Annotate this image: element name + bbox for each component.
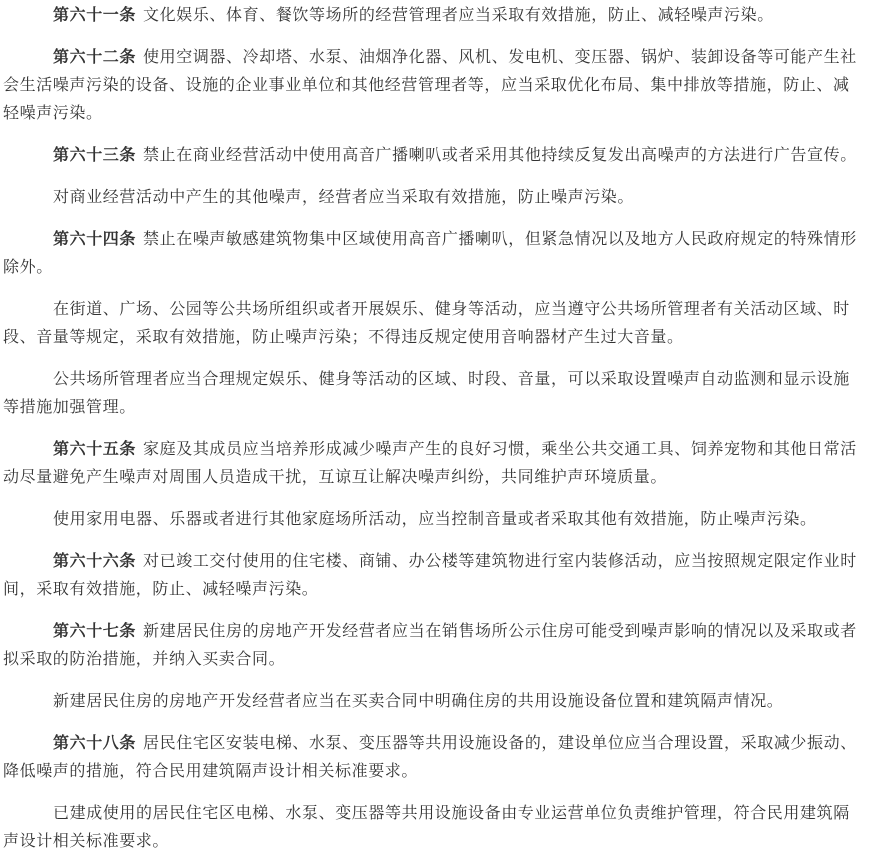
law-article-text: 第六十一条文化娱乐、体育、餐饮等场所的经营管理者应当采取有效措施，防止、减轻噪声…	[0, 0, 891, 862]
paragraph-article-67: 第六十七条新建居民住房的房地产开发经营者应当在销售场所公示住房可能受到噪声影响的…	[3, 618, 863, 674]
article-number: 第六十三条	[53, 147, 136, 164]
paragraph-article-68: 第六十八条居民住宅区安装电梯、水泵、变压器等共用设施设备的，建设单位应当合理设置…	[3, 730, 863, 786]
article-number: 第六十四条	[53, 231, 136, 248]
article-number: 第六十七条	[53, 623, 136, 640]
article-number: 第六十一条	[53, 7, 136, 24]
article-text: 公共场所管理者应当合理规定娱乐、健身等活动的区域、时段、音量，可以采取设置噪声自…	[3, 371, 850, 416]
paragraph-article-68-clause-2: 已建成使用的居民住宅区电梯、水泵、变压器等共用设施设备由专业运营单位负责维护管理…	[3, 800, 863, 856]
article-text: 文化娱乐、体育、餐饮等场所的经营管理者应当采取有效措施，防止、减轻噪声污染。	[143, 7, 774, 24]
article-text: 在街道、广场、公园等公共场所组织或者开展娱乐、健身等活动，应当遵守公共场所管理者…	[3, 301, 850, 346]
article-number: 第六十八条	[53, 735, 136, 752]
paragraph-article-65: 第六十五条家庭及其成员应当培养形成减少噪声产生的良好习惯，乘坐公共交通工具、饲养…	[3, 436, 863, 492]
paragraph-article-61: 第六十一条文化娱乐、体育、餐饮等场所的经营管理者应当采取有效措施，防止、减轻噪声…	[3, 2, 863, 30]
paragraph-article-63-clause-2: 对商业经营活动中产生的其他噪声，经营者应当采取有效措施，防止噪声污染。	[3, 184, 863, 212]
paragraph-article-64-clause-3: 公共场所管理者应当合理规定娱乐、健身等活动的区域、时段、音量，可以采取设置噪声自…	[3, 366, 863, 422]
paragraph-article-63: 第六十三条禁止在商业经营活动中使用高音广播喇叭或者采用其他持续反复发出高噪声的方…	[3, 142, 863, 170]
article-text: 已建成使用的居民住宅区电梯、水泵、变压器等共用设施设备由专业运营单位负责维护管理…	[3, 805, 850, 850]
paragraph-article-64-clause-2: 在街道、广场、公园等公共场所组织或者开展娱乐、健身等活动，应当遵守公共场所管理者…	[3, 296, 863, 352]
article-number: 第六十六条	[53, 553, 136, 570]
paragraph-article-67-clause-2: 新建居民住房的房地产开发经营者应当在买卖合同中明确住房的共用设施设备位置和建筑隔…	[3, 688, 863, 716]
article-number: 第六十二条	[53, 49, 136, 66]
paragraph-article-65-clause-2: 使用家用电器、乐器或者进行其他家庭场所活动，应当控制音量或者采取其他有效措施，防…	[3, 506, 863, 534]
article-text: 禁止在商业经营活动中使用高音广播喇叭或者采用其他持续反复发出高噪声的方法进行广告…	[143, 147, 857, 164]
article-number: 第六十五条	[53, 441, 136, 458]
paragraph-article-62: 第六十二条使用空调器、冷却塔、水泵、油烟净化器、风机、发电机、变压器、锅炉、装卸…	[3, 44, 863, 128]
article-text: 使用家用电器、乐器或者进行其他家庭场所活动，应当控制音量或者采取其他有效措施，防…	[53, 511, 817, 528]
article-text: 对商业经营活动中产生的其他噪声，经营者应当采取有效措施，防止噪声污染。	[53, 189, 634, 206]
paragraph-article-64: 第六十四条禁止在噪声敏感建筑物集中区域使用高音广播喇叭，但紧急情况以及地方人民政…	[3, 226, 863, 282]
article-text: 新建居民住房的房地产开发经营者应当在买卖合同中明确住房的共用设施设备位置和建筑隔…	[53, 693, 783, 710]
paragraph-article-66: 第六十六条对已竣工交付使用的住宅楼、商铺、办公楼等建筑物进行室内装修活动，应当按…	[3, 548, 863, 604]
